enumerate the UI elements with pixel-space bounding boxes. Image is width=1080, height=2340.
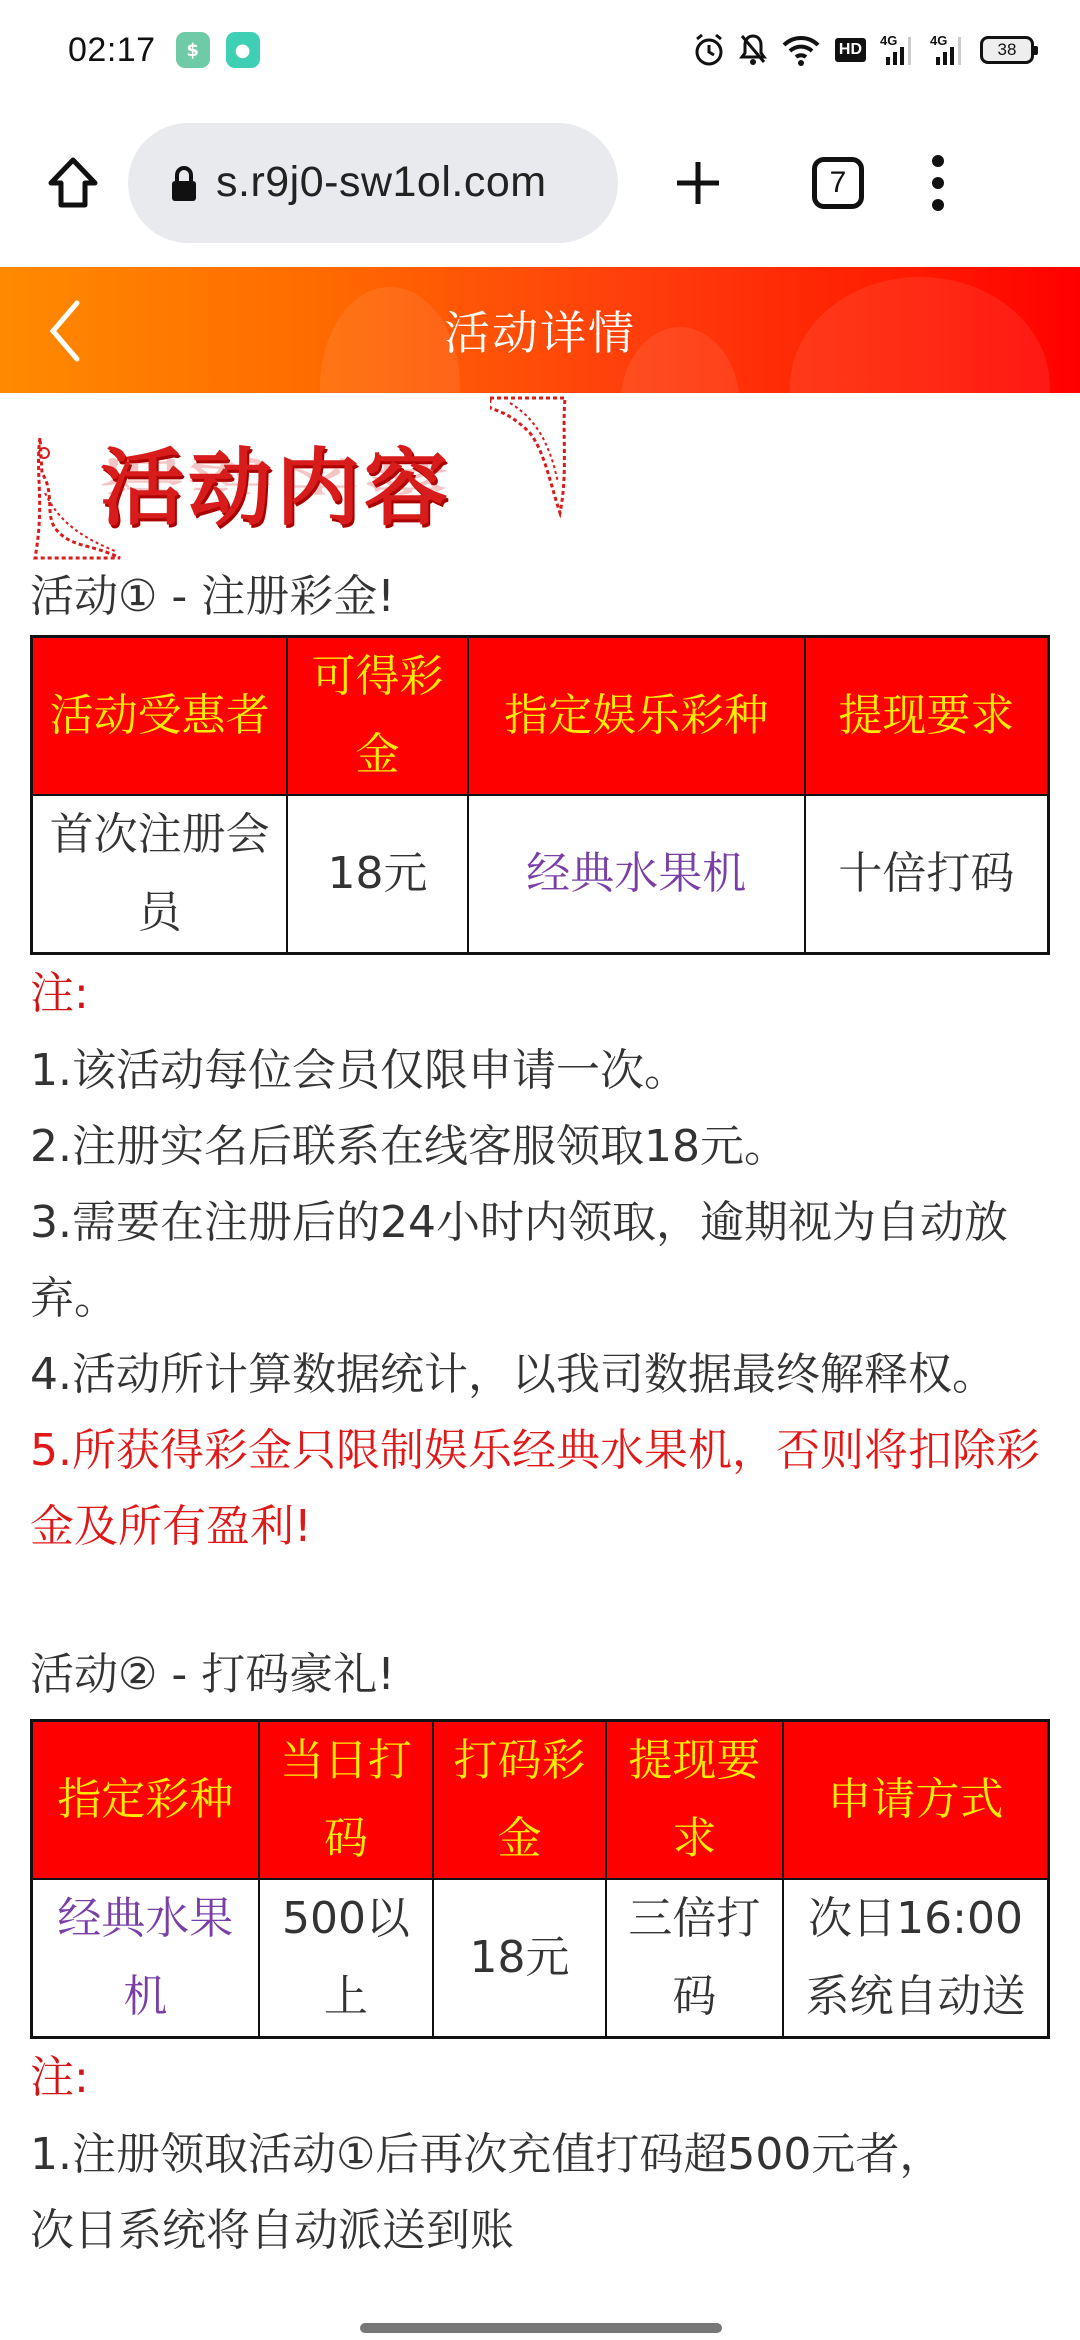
table-header-cell: 提现要求 xyxy=(606,1721,783,1880)
table-header-cell: 提现要求 xyxy=(805,637,1049,796)
activity2-title: 活动② - 打码豪礼! xyxy=(30,1643,1052,1707)
note-line: 3.需要在注册后的24小时内领取，逾期视为自动放弃。 xyxy=(30,1185,1052,1337)
table-cell: 500以上 xyxy=(259,1879,434,2038)
table-cell: 首次注册会员 xyxy=(32,795,288,954)
signal-4g-icon: 4G xyxy=(930,33,966,67)
status-bar: 02:17 $ ● HD 4G 4G 38 xyxy=(0,0,1080,100)
table-cell: 18元 xyxy=(287,795,468,954)
home-button[interactable] xyxy=(28,138,118,228)
signal-4g-icon: 4G xyxy=(880,33,916,67)
note-line: 1.该活动每位会员仅限申请一次。 xyxy=(30,1033,1052,1109)
ornament-right-icon xyxy=(490,393,570,518)
battery-icon: 38 xyxy=(980,36,1034,64)
table-header-cell: 活动受惠者 xyxy=(32,637,288,796)
table-row: 经典水果机 500以上 18元 三倍打码 次日16:00系统自动送 xyxy=(32,1879,1049,2038)
table-header-cell: 指定娱乐彩种 xyxy=(468,637,805,796)
lock-icon xyxy=(170,163,198,203)
table-header-cell: 可得彩金 xyxy=(287,637,468,796)
status-time: 02:17 xyxy=(68,31,156,70)
gesture-navigation-bar[interactable] xyxy=(360,2323,722,2333)
activity-content: 活动内容 活动内容 活动① - 注册彩金! 活动受惠者 可得彩金 指定娱乐彩种 … xyxy=(30,393,1052,2269)
plus-icon xyxy=(673,158,723,208)
table-header-cell: 当日打码 xyxy=(259,1721,434,1880)
table-header-row: 指定彩种 当日打码 打码彩金 提现要求 申请方式 xyxy=(32,1721,1049,1880)
browser-toolbar: s.r9j0-sw1ol.com 7 xyxy=(0,100,1080,265)
note-line: 4.活动所计算数据统计，以我司数据最终解释权。 xyxy=(30,1337,1052,1413)
tabs-icon: 7 xyxy=(812,157,864,209)
mute-bell-icon xyxy=(739,33,767,67)
table-cell-game-link[interactable]: 经典水果机 xyxy=(32,1879,259,2038)
table-header-cell: 指定彩种 xyxy=(32,1721,259,1880)
alarm-icon xyxy=(693,33,725,67)
activity2-table: 指定彩种 当日打码 打码彩金 提现要求 申请方式 经典水果机 500以上 18元… xyxy=(30,1719,1050,2039)
table-cell: 三倍打码 xyxy=(606,1879,783,2038)
table-cell: 十倍打码 xyxy=(805,795,1049,954)
address-bar[interactable]: s.r9j0-sw1ol.com xyxy=(128,123,618,243)
note-line: 次日系统将自动派送到账 xyxy=(30,2193,1052,2269)
table-cell: 次日16:00系统自动送 xyxy=(783,1879,1048,2038)
hd-voice-icon: HD xyxy=(835,38,866,62)
page-title: 活动详情 xyxy=(0,267,1080,393)
url-text: s.r9j0-sw1ol.com xyxy=(216,158,547,207)
note-label: 注: xyxy=(30,955,1052,1033)
activity1-title: 活动① - 注册彩金! xyxy=(30,565,1052,629)
note-label: 注: xyxy=(30,2039,1052,2117)
home-icon xyxy=(45,155,101,211)
table-cell: 18元 xyxy=(433,1879,605,2038)
chat-app-icon: ● xyxy=(226,32,260,68)
note-line-warning: 5.所获得彩金只限制娱乐经典水果机，否则将扣除彩金及所有盈利! xyxy=(30,1413,1052,1565)
table-cell-game-link[interactable]: 经典水果机 xyxy=(468,795,805,954)
more-vert-icon[interactable] xyxy=(908,138,968,228)
table-row: 首次注册会员 18元 经典水果机 十倍打码 xyxy=(32,795,1049,954)
table-header-row: 活动受惠者 可得彩金 指定娱乐彩种 提现要求 xyxy=(32,637,1049,796)
activity-banner-image: 活动内容 活动内容 xyxy=(30,393,570,563)
wifi-icon xyxy=(781,34,821,66)
note-line: 1.注册领取活动①后再次充值打码超500元者， xyxy=(30,2117,1052,2193)
table-header-cell: 申请方式 xyxy=(783,1721,1048,1880)
table-header-cell: 打码彩金 xyxy=(433,1721,605,1880)
activity1-table: 活动受惠者 可得彩金 指定娱乐彩种 提现要求 首次注册会员 18元 经典水果机 … xyxy=(30,635,1050,955)
new-tab-button[interactable] xyxy=(658,138,738,228)
money-app-icon: $ xyxy=(176,32,210,68)
page-header: 活动详情 xyxy=(0,267,1080,393)
tab-switcher-button[interactable]: 7 xyxy=(798,138,878,228)
note-line: 2.注册实名后联系在线客服领取18元。 xyxy=(30,1109,1052,1185)
